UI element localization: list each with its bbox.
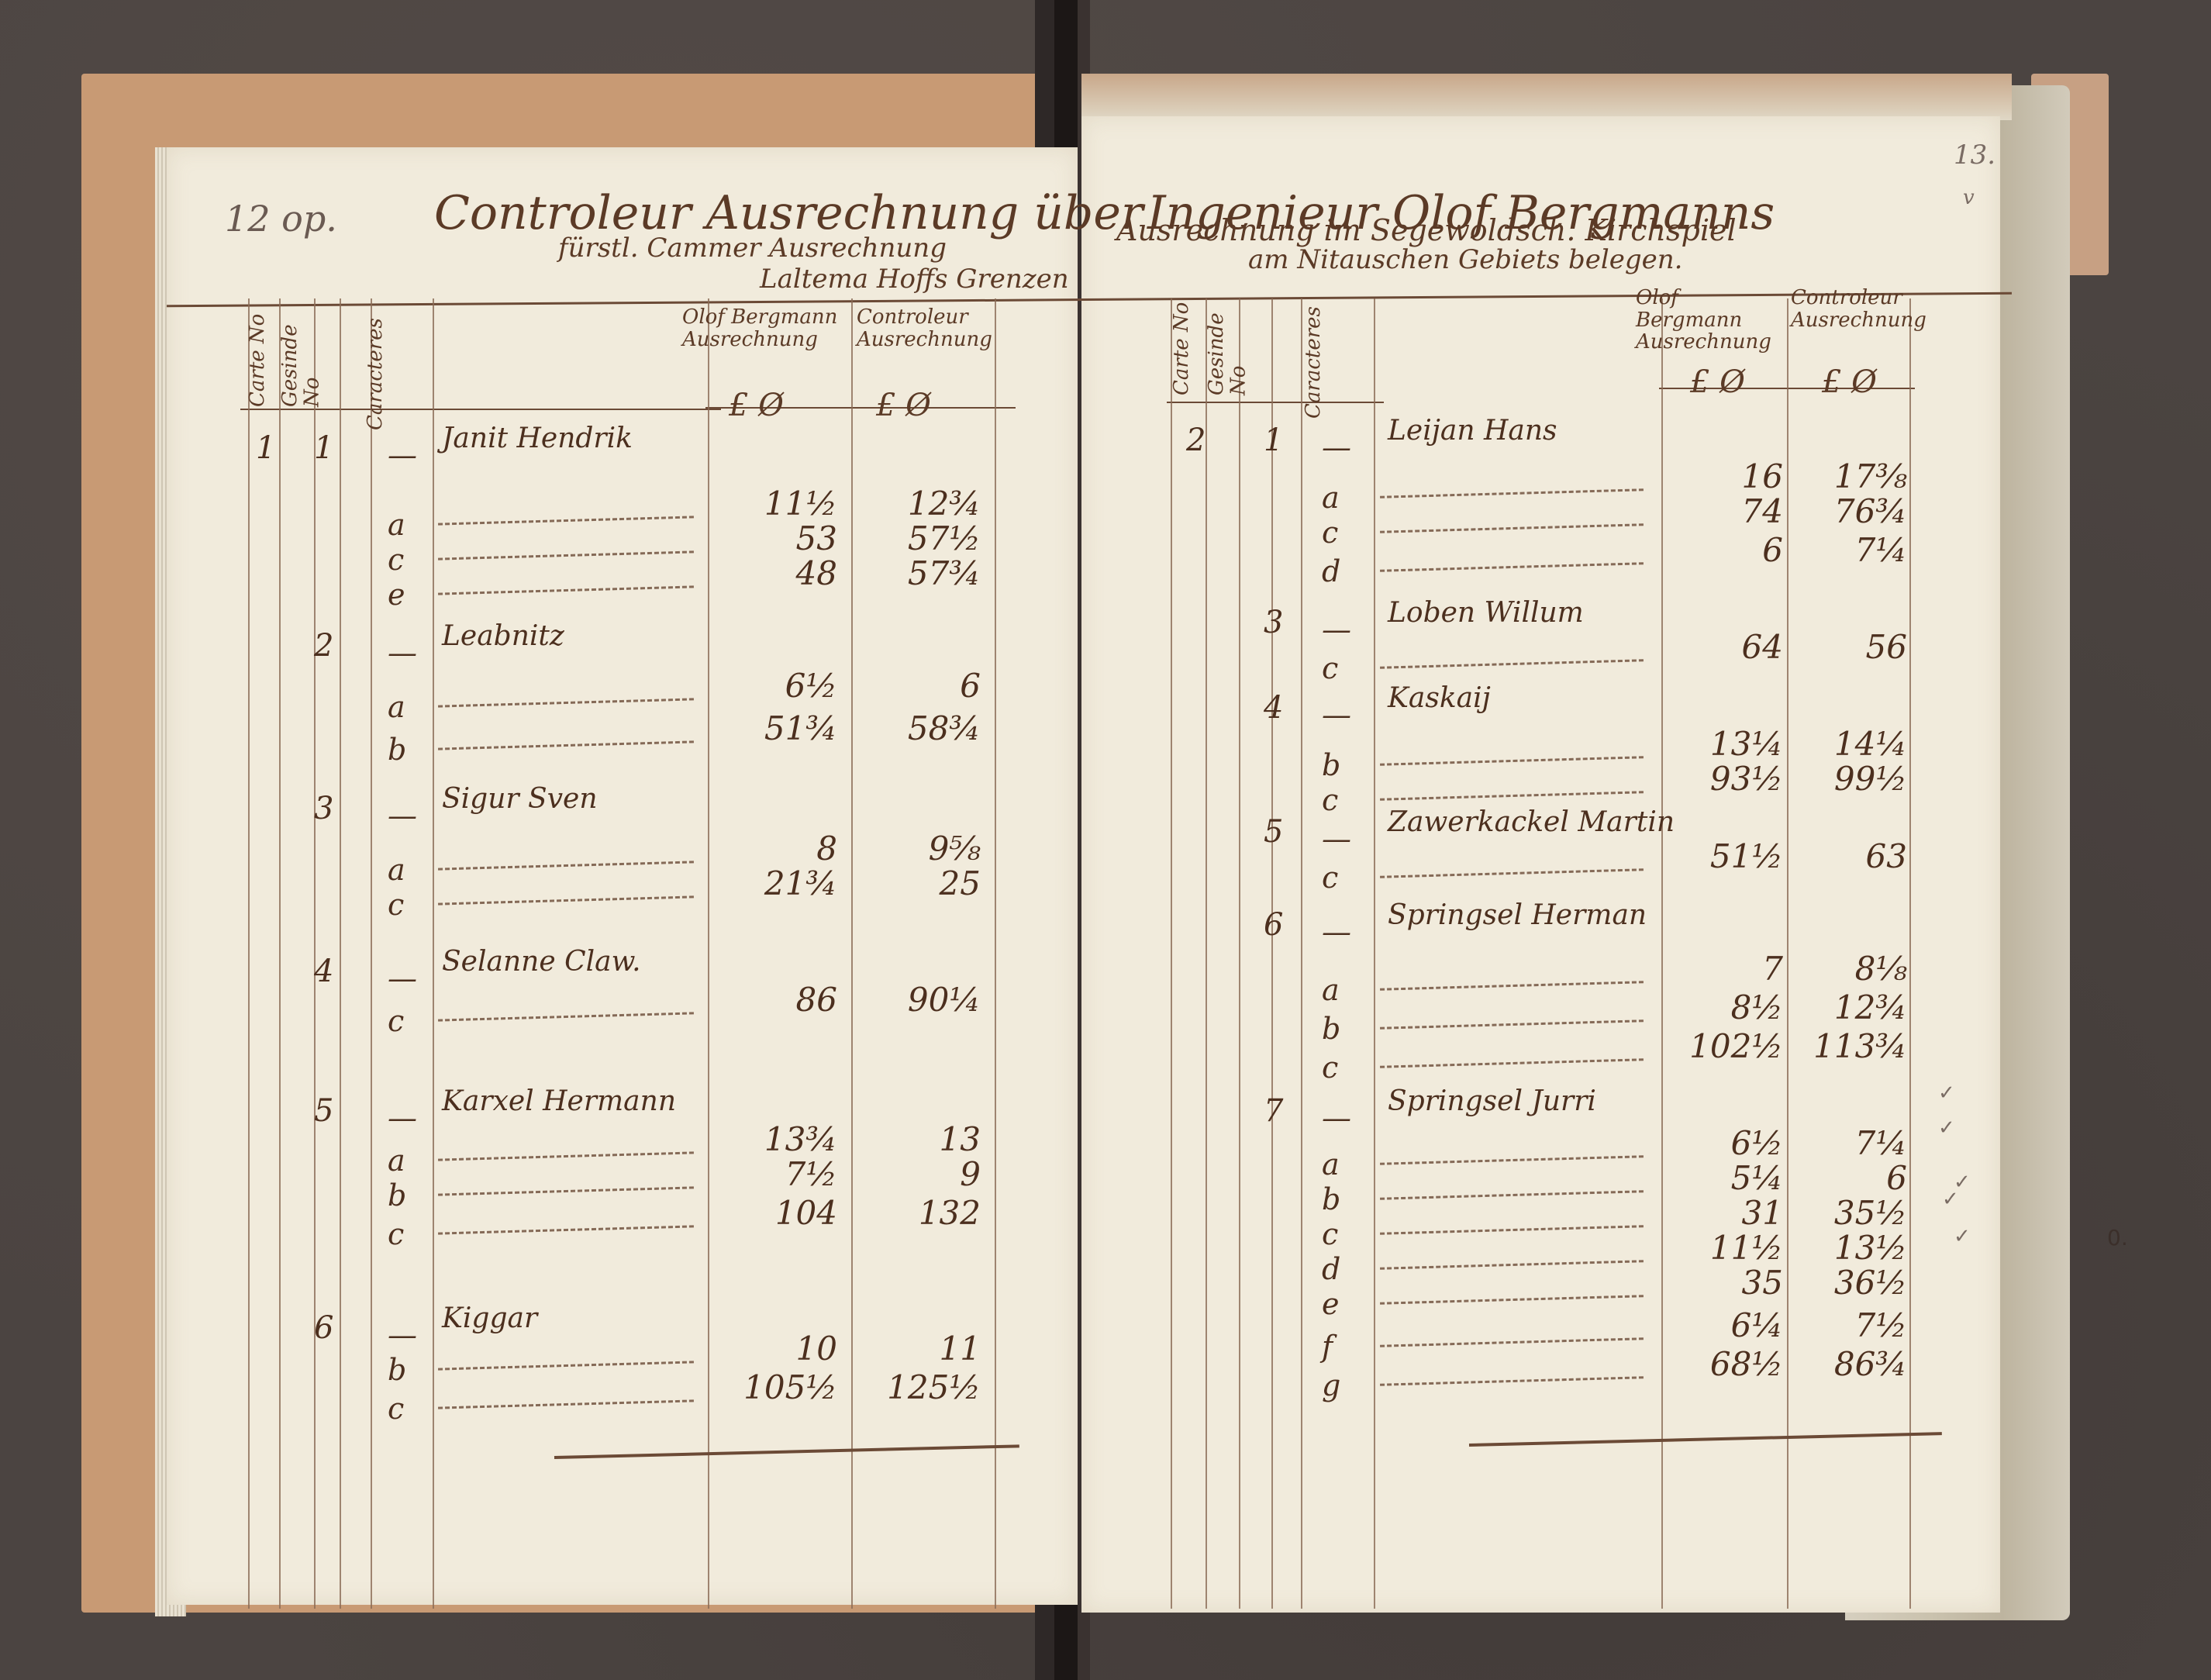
controleur-value: 63: [1783, 837, 1907, 875]
binding-strip: [1081, 74, 2012, 120]
col-rule: [1301, 298, 1302, 1609]
bergmann-value: 8½: [1659, 988, 1783, 1026]
col-rule: [279, 298, 281, 1609]
character-code: c: [388, 543, 404, 577]
bergmann-value: 6½: [1659, 1124, 1783, 1162]
col-rule: [1909, 298, 1911, 1609]
character-code: —: [388, 636, 417, 670]
character-code: a: [388, 853, 405, 887]
character-code: a: [388, 508, 405, 542]
controleur-value: 9⅝: [857, 830, 981, 868]
bergmann-value: 51½: [1659, 837, 1783, 875]
character-code: c: [1322, 861, 1338, 895]
bergmann-value: 13¼: [1659, 725, 1783, 763]
plot-number: 3: [314, 791, 333, 826]
bergmann-value: 68½: [1659, 1345, 1783, 1383]
landholder-name: Kaskaij: [1388, 682, 1491, 714]
title-right-line3: am Nitauschen Gebiets belegen.: [1248, 244, 1682, 275]
character-code: g: [1322, 1368, 1340, 1402]
plot-number: 7: [1264, 1093, 1283, 1129]
controleur-value: 12¾: [1783, 988, 1907, 1026]
character-code: b: [388, 733, 406, 767]
character-code: —: [388, 438, 417, 472]
margin-check-icon: ✓: [1938, 1081, 1955, 1105]
character-code: c: [1322, 651, 1338, 685]
character-code: —: [1322, 430, 1351, 464]
bergmann-value: 48: [713, 554, 837, 592]
character-code: —: [388, 1101, 417, 1135]
bergmann-value: 10: [713, 1330, 837, 1368]
character-code: —: [1322, 698, 1351, 732]
plot-number: 1: [314, 430, 333, 466]
col-rule: [1374, 298, 1375, 1609]
character-code: b: [388, 1178, 406, 1213]
character-code: —: [388, 1318, 417, 1352]
colhead-rule-left-a: [240, 409, 721, 410]
character-code: d: [1322, 554, 1340, 588]
margin-check-icon: ✓: [1938, 1116, 1955, 1140]
col-rule: [1271, 298, 1273, 1609]
controleur-value: 57½: [857, 519, 981, 557]
character-code: c: [1322, 516, 1338, 550]
character-code: —: [1322, 612, 1351, 647]
bergmann-value: 11½: [1659, 1229, 1783, 1267]
controleur-value: 7¼: [1783, 531, 1907, 569]
controleur-value: 17⅜: [1783, 457, 1907, 495]
landholder-name: Springsel Herman: [1388, 899, 1647, 931]
bergmann-value: 53: [713, 519, 837, 557]
unit-mark-right-a: £ Ø: [1690, 364, 1745, 400]
character-code: c: [388, 1392, 404, 1426]
col-rule: [1239, 298, 1240, 1609]
character-code: f: [1322, 1330, 1333, 1364]
plot-number: 6: [314, 1310, 333, 1346]
bergmann-value: 13¾: [713, 1120, 837, 1158]
unit-mark-left-a: £ Ø: [729, 388, 784, 423]
character-code: a: [1322, 481, 1340, 515]
bergmann-value: 64: [1659, 628, 1783, 666]
controleur-value: 35½: [1783, 1194, 1907, 1232]
plot-number: 5: [1264, 814, 1283, 850]
character-code: b: [388, 1353, 406, 1387]
character-code: c: [1322, 1050, 1338, 1085]
bergmann-value: 35: [1659, 1264, 1783, 1302]
col-rule: [248, 298, 250, 1609]
character-code: c: [388, 1217, 404, 1251]
controleur-value: 125½: [857, 1368, 981, 1406]
colhead-rule-right-a: [1167, 402, 1384, 403]
controleur-value: 99½: [1783, 760, 1907, 798]
bergmann-value: 74: [1659, 492, 1783, 530]
colhead-plot-no-right: Gesinde No: [1206, 295, 1237, 395]
controleur-value: 14¼: [1783, 725, 1907, 763]
col-rule: [1171, 298, 1172, 1609]
controleur-value: 132: [857, 1194, 981, 1232]
bergmann-value: 6: [1659, 531, 1783, 569]
col-rule: [1206, 298, 1207, 1609]
landholder-name: Janit Hendrik: [442, 423, 633, 454]
bergmann-value: 11½: [713, 485, 837, 523]
map-number: 2: [1186, 423, 1206, 458]
col-rule: [433, 298, 434, 1609]
character-code: a: [388, 690, 405, 724]
character-code: c: [1322, 1217, 1338, 1251]
colhead-bergmann-left: Olof Bergmann Ausrechnung: [682, 306, 853, 350]
character-code: b: [1322, 748, 1340, 782]
landholder-name: Leijan Hans: [1388, 415, 1557, 447]
character-code: c: [388, 1004, 404, 1038]
colhead-controleur-right: Controleur Ausrechnung: [1791, 287, 1915, 331]
unit-mark-right-b: £ Ø: [1822, 364, 1877, 400]
colhead-controleur-left: Controleur Ausrechnung: [857, 306, 996, 350]
character-code: a: [1322, 1147, 1340, 1182]
controleur-value: 90¼: [857, 981, 981, 1019]
bergmann-value: 6¼: [1659, 1306, 1783, 1344]
character-code: d: [1322, 1252, 1340, 1286]
margin-check-icon: ✓: [1954, 1225, 1971, 1248]
character-code: —: [1322, 915, 1351, 949]
landholder-name: Loben Willum: [1388, 597, 1584, 629]
folio-check-mark: v: [1963, 186, 1975, 209]
landholder-name: Zawerkackel Martin: [1388, 806, 1675, 838]
character-code: —: [388, 799, 417, 833]
controleur-value: 36½: [1783, 1264, 1907, 1302]
bergmann-value: 8: [713, 830, 837, 868]
landholder-name: Karxel Hermann: [442, 1085, 676, 1117]
controleur-value: 113¾: [1783, 1027, 1907, 1065]
character-code: b: [1322, 1182, 1340, 1216]
controleur-value: 86¾: [1783, 1345, 1907, 1383]
colhead-map-no-left: Carte No: [247, 306, 278, 407]
bergmann-value: 6½: [713, 667, 837, 705]
col-rule: [995, 298, 996, 1609]
controleur-value: 13½: [1783, 1229, 1907, 1267]
bergmann-value: 86: [713, 981, 837, 1019]
controleur-value: 12¾: [857, 485, 981, 523]
landholder-name: Kiggar: [442, 1302, 537, 1334]
title-left-line3: Laltema Hoffs Grenzen: [760, 264, 1069, 295]
title-left-line2: fürstl. Cammer Ausrechnung: [558, 233, 947, 264]
controleur-value: 6: [857, 667, 981, 705]
character-code: a: [388, 1144, 405, 1178]
character-code: e: [388, 578, 405, 612]
bergmann-value: 31: [1659, 1194, 1783, 1232]
col-rule: [340, 298, 341, 1609]
character-code: a: [1322, 973, 1340, 1007]
character-code: —: [388, 961, 417, 995]
plot-number: 1: [1264, 423, 1283, 458]
controleur-value: 9: [857, 1155, 981, 1193]
character-code: —: [1322, 822, 1351, 856]
bergmann-value: 7: [1659, 950, 1783, 988]
controleur-value: 13: [857, 1120, 981, 1158]
margin-check-icon: ✓: [1942, 1188, 1959, 1211]
controleur-value: 25: [857, 864, 981, 902]
bergmann-value: 16: [1659, 457, 1783, 495]
plot-number: 5: [314, 1093, 333, 1129]
colhead-map-no-right: Carte No: [1171, 295, 1202, 395]
colhead-bergmann-right: Olof Bergmann Ausrechnung: [1636, 287, 1791, 354]
unit-mark-left-b: £ Ø: [876, 388, 931, 423]
controleur-value: 57¾: [857, 554, 981, 592]
map-number: 1: [256, 430, 275, 466]
bergmann-value: 102½: [1659, 1027, 1783, 1065]
controleur-value: 56: [1783, 628, 1907, 666]
controleur-value: 58¾: [857, 709, 981, 747]
plot-number: 4: [314, 954, 333, 989]
bergmann-value: 7½: [713, 1155, 837, 1193]
plot-number: 2: [314, 628, 333, 664]
col-rule: [371, 298, 372, 1609]
title-right-line2: Ausrechnung im Segewoldsch. Kirchspiel: [1116, 213, 1737, 247]
landholder-name: Springsel Jurri: [1388, 1085, 1596, 1117]
landholder-name: Sigur Sven: [442, 783, 598, 815]
colhead-character-right: Caracteres: [1302, 295, 1333, 419]
colhead-plot-no-left: Gesinde No: [279, 306, 310, 407]
character-code: c: [388, 888, 404, 922]
plot-number: 4: [1264, 690, 1283, 726]
landholder-name: Selanne Claw.: [442, 946, 641, 978]
folio-note-left: 12 op.: [225, 198, 337, 240]
controleur-value: 7½: [1783, 1306, 1907, 1344]
col-rule: [708, 298, 709, 1609]
bergmann-value: 105½: [713, 1368, 837, 1406]
landholder-name: Leabnitz: [442, 620, 564, 652]
controleur-value: 76¾: [1783, 492, 1907, 530]
character-code: —: [1322, 1101, 1351, 1135]
colhead-character-left: Caracteres: [364, 306, 395, 430]
bergmann-value: 5¼: [1659, 1159, 1783, 1197]
folio-number-right: 13.: [1954, 140, 1995, 171]
bergmann-value: 93½: [1659, 760, 1783, 798]
bergmann-value: 21¾: [713, 864, 837, 902]
controleur-value: 7¼: [1783, 1124, 1907, 1162]
edge-note: 0.: [2107, 1225, 2128, 1251]
controleur-value: 6: [1783, 1159, 1907, 1197]
character-code: c: [1322, 783, 1338, 817]
plot-number: 6: [1264, 907, 1283, 943]
bergmann-value: 104: [713, 1194, 837, 1232]
controleur-value: 8⅛: [1783, 950, 1907, 988]
plot-number: 3: [1264, 605, 1283, 640]
character-code: b: [1322, 1012, 1340, 1046]
controleur-value: 11: [857, 1330, 981, 1368]
col-rule: [851, 298, 853, 1609]
character-code: e: [1322, 1287, 1340, 1321]
bergmann-value: 51¾: [713, 709, 837, 747]
